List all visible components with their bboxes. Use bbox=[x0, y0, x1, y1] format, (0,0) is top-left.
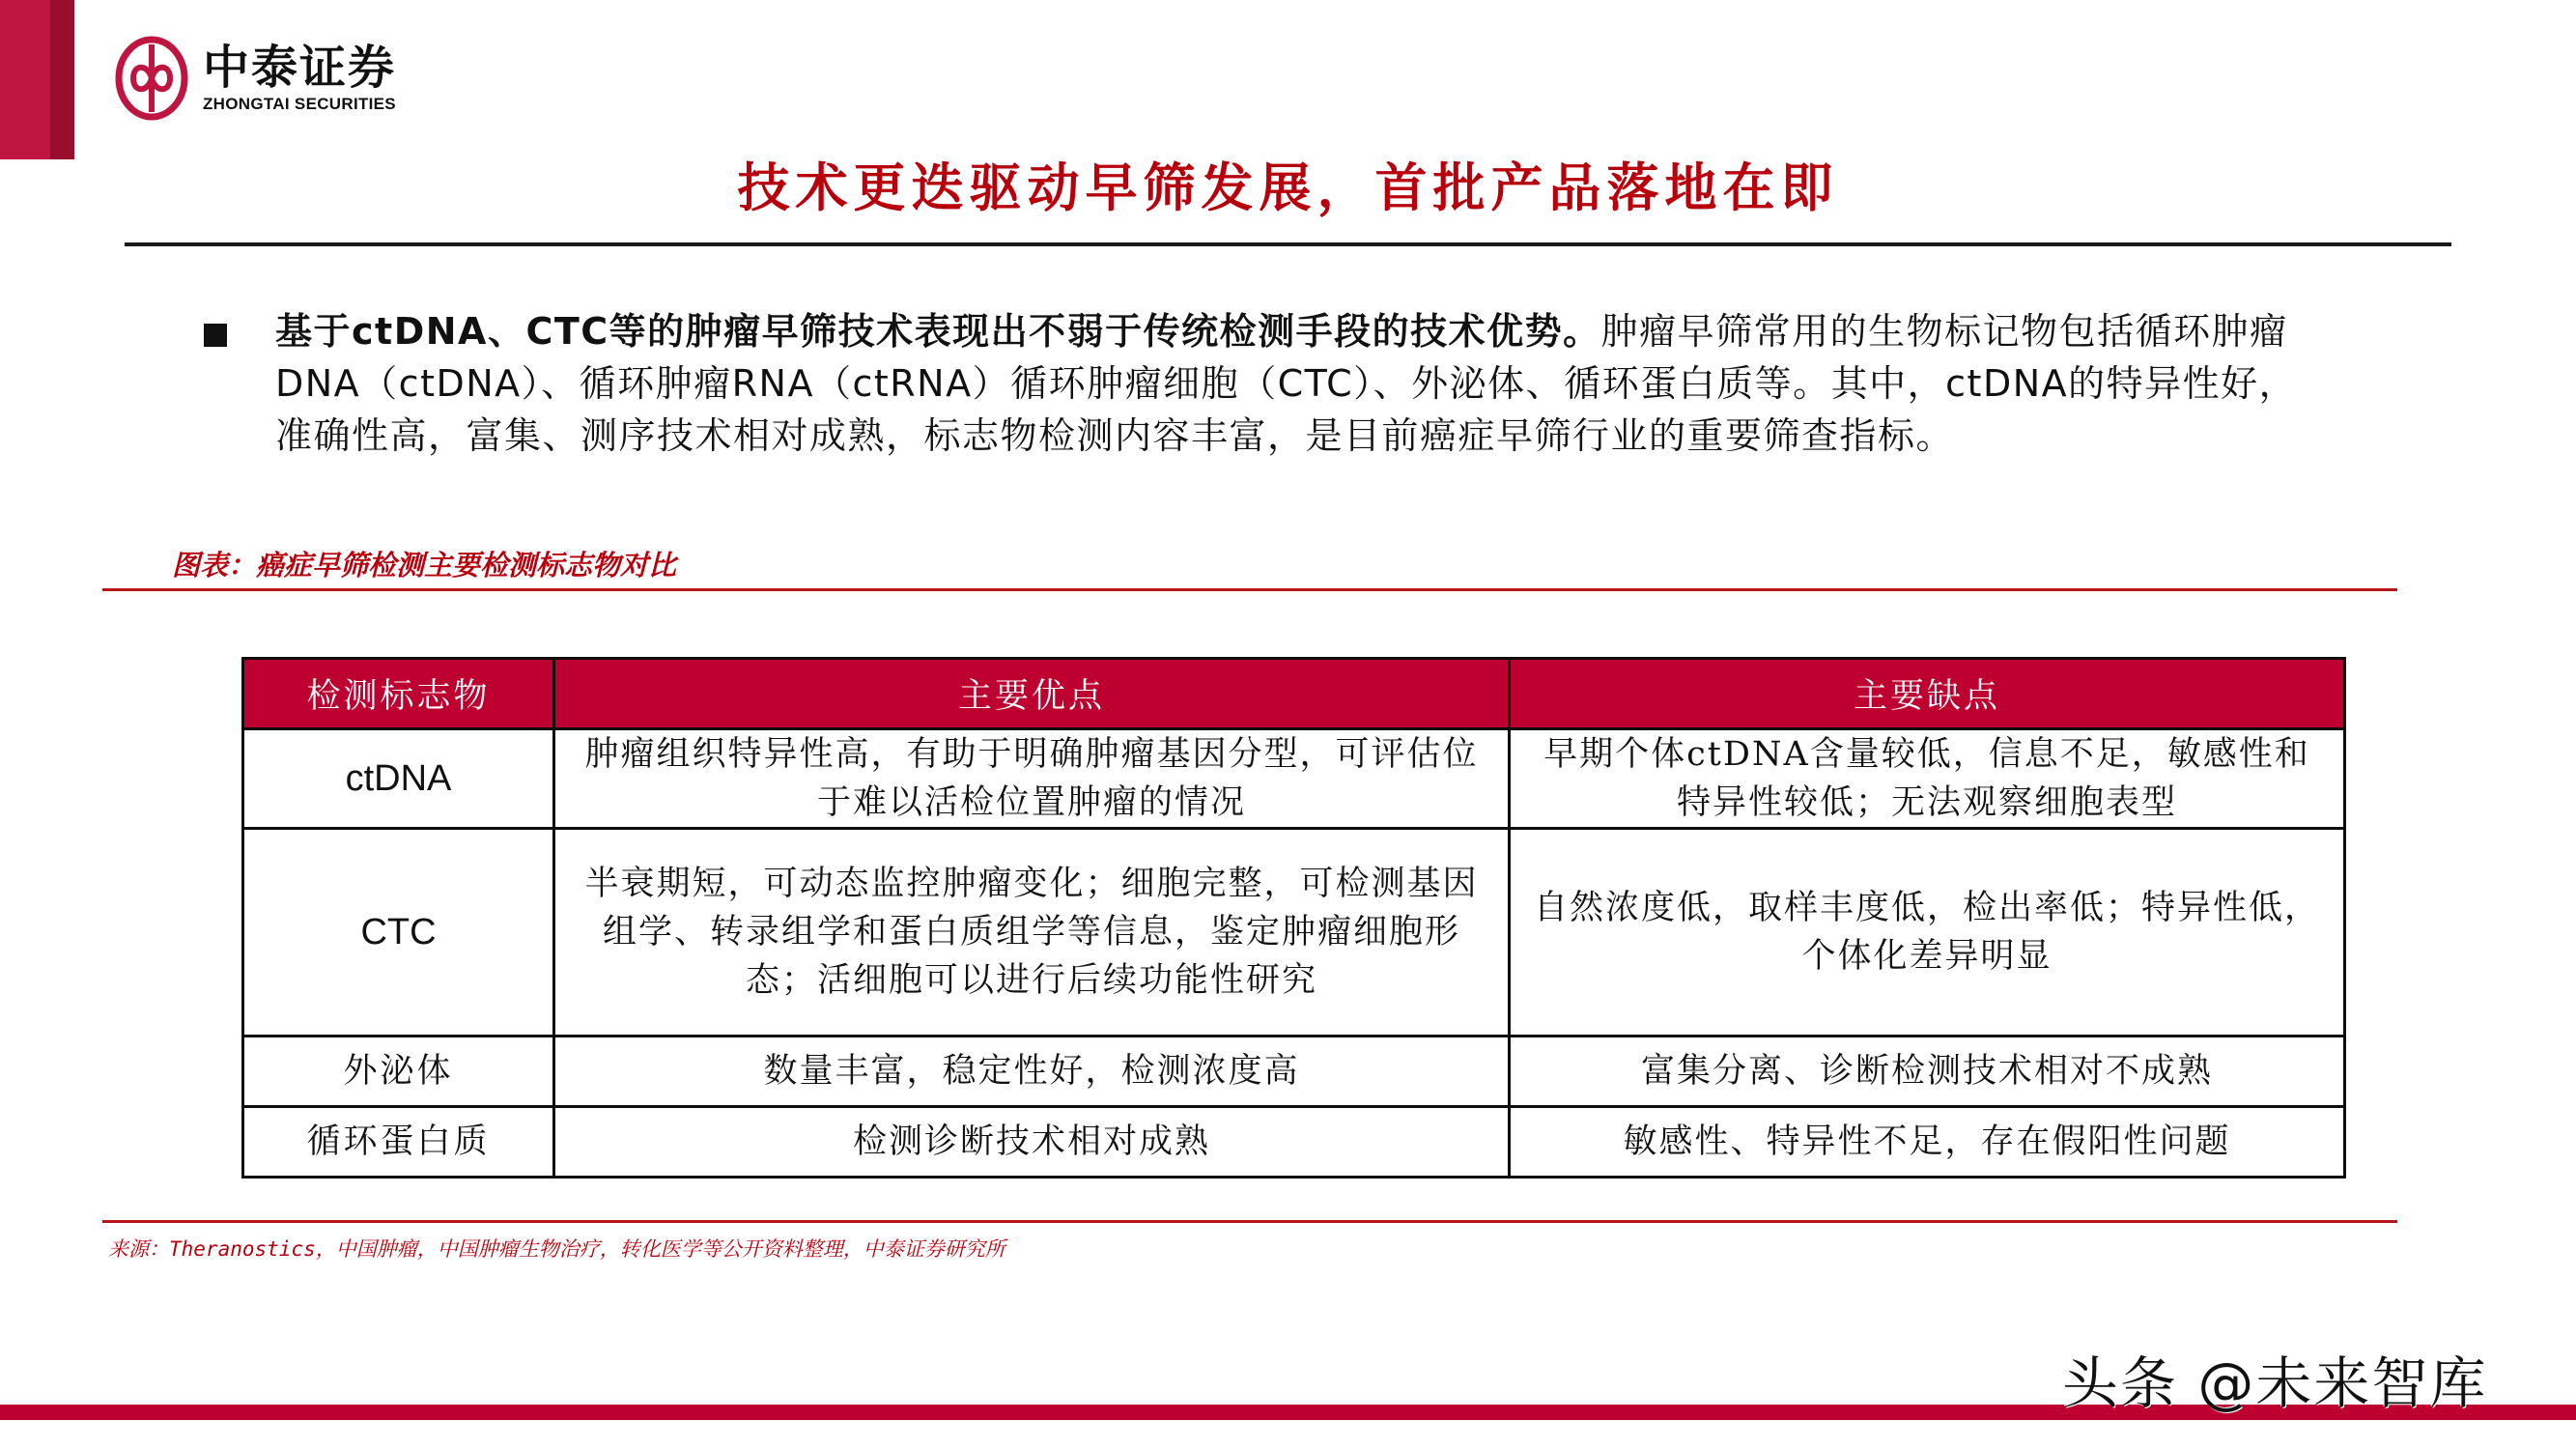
zhongtai-logo-icon bbox=[114, 35, 189, 122]
table-row: 循环蛋白质 检测诊断技术相对成熟 敏感性、特异性不足，存在假阳性问题 bbox=[243, 1107, 2345, 1178]
cell-cons: 早期个体ctDNA含量较低，信息不足，敏感性和特异性较低；无法观察细胞表型 bbox=[1510, 729, 2345, 829]
body-paragraph: 基于ctDNA、CTC等的肿瘤早筛技术表现出不弱于传统检测手段的技术优势。肿瘤早… bbox=[275, 305, 2313, 462]
square-bullet-icon bbox=[204, 324, 227, 347]
cell-cons: 敏感性、特异性不足，存在假阳性问题 bbox=[1510, 1107, 2345, 1178]
brand-logo: 中泰证券 ZHONGTAI SECURITIES bbox=[114, 35, 396, 122]
source-divider bbox=[102, 1220, 2397, 1223]
corner-accent-bar-dark bbox=[50, 0, 74, 159]
table-row: CTC 半衰期短，可动态监控肿瘤变化；细胞完整，可检测基因组学、转录组学和蛋白质… bbox=[243, 829, 2345, 1037]
cell-cons: 富集分离、诊断检测技术相对不成熟 bbox=[1510, 1037, 2345, 1107]
header-marker: 检测标志物 bbox=[243, 659, 554, 729]
cell-pros: 检测诊断技术相对成熟 bbox=[554, 1107, 1510, 1178]
caption-divider bbox=[102, 588, 2397, 591]
marker-comparison-table: 检测标志物 主要优点 主要缺点 ctDNA 肿瘤组织特异性高，有助于明确肿瘤基因… bbox=[241, 657, 2346, 1179]
cell-marker: 外泌体 bbox=[243, 1037, 554, 1107]
table-row: 外泌体 数量丰富，稳定性好，检测浓度高 富集分离、诊断检测技术相对不成熟 bbox=[243, 1037, 2345, 1107]
brand-name-en: ZHONGTAI SECURITIES bbox=[203, 94, 396, 115]
header-pros: 主要优点 bbox=[554, 659, 1510, 729]
cell-marker: 循环蛋白质 bbox=[243, 1107, 554, 1178]
cell-cons: 自然浓度低，取样丰度低，检出率低；特异性低，个体化差异明显 bbox=[1510, 829, 2345, 1037]
cell-pros: 数量丰富，稳定性好，检测浓度高 bbox=[554, 1037, 1510, 1107]
cell-pros: 半衰期短，可动态监控肿瘤变化；细胞完整，可检测基因组学、转录组学和蛋白质组学等信… bbox=[554, 829, 1510, 1037]
figure-source: 来源：Theranostics，中国肿瘤，中国肿瘤生物治疗，转化医学等公开资料整… bbox=[108, 1234, 1005, 1263]
cell-marker: CTC bbox=[243, 829, 554, 1037]
cell-pros: 肿瘤组织特异性高，有助于明确肿瘤基因分型，可评估位于难以活检位置肿瘤的情况 bbox=[554, 729, 1510, 829]
table-header-row: 检测标志物 主要优点 主要缺点 bbox=[243, 659, 2345, 729]
title-divider bbox=[125, 242, 2451, 246]
cell-marker: ctDNA bbox=[243, 729, 554, 829]
corner-accent-bar bbox=[0, 0, 50, 159]
figure-caption: 图表：癌症早筛检测主要检测标志物对比 bbox=[172, 544, 676, 583]
body-lead: 基于ctDNA、CTC等的肿瘤早筛技术表现出不弱于传统检测手段的技术优势。 bbox=[275, 310, 1601, 353]
header-cons: 主要缺点 bbox=[1510, 659, 2345, 729]
brand-name-cn: 中泰证券 bbox=[203, 42, 396, 94]
watermark: 头条 @未来智库 bbox=[2062, 1338, 2487, 1419]
table-row: ctDNA 肿瘤组织特异性高，有助于明确肿瘤基因分型，可评估位于难以活检位置肿瘤… bbox=[243, 729, 2345, 829]
page-title: 技术更迭驱动早筛发展，首批产品落地在即 bbox=[0, 147, 2576, 221]
